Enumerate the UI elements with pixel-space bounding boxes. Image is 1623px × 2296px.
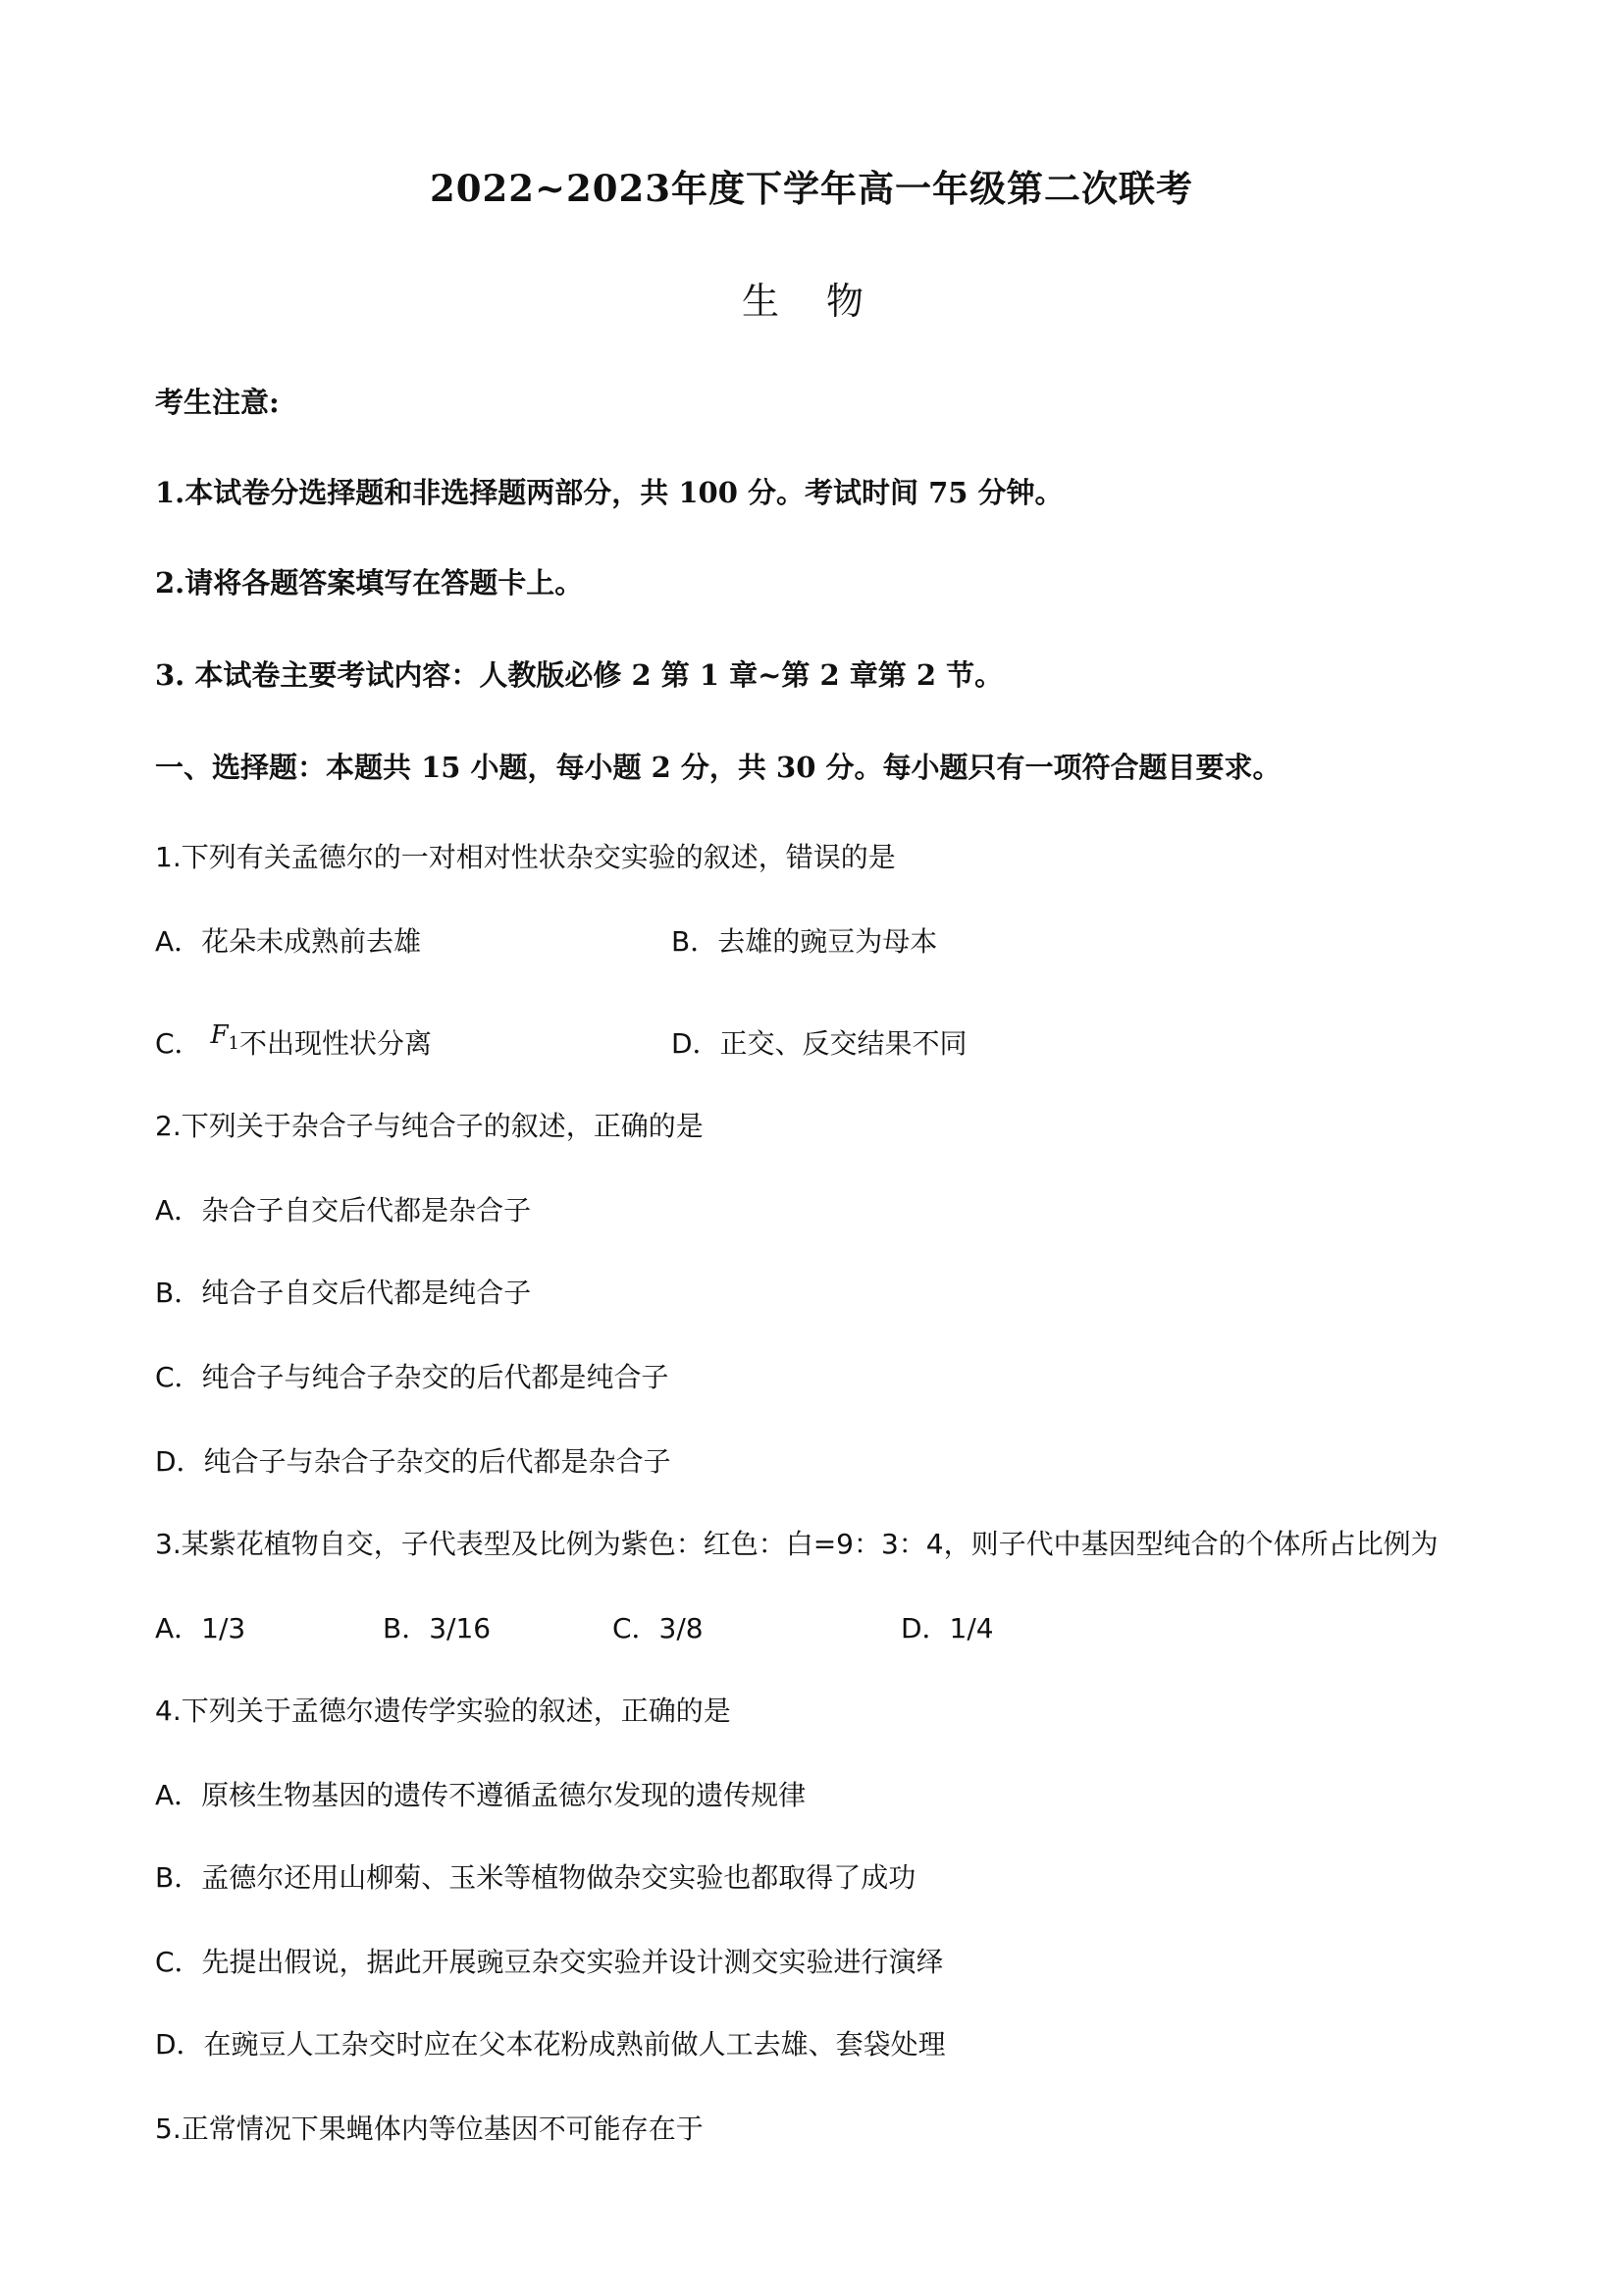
question-1-option-a: A．花朵未成熟前去雄: [155, 924, 421, 960]
option-c-text: 不出现性状分离: [239, 1027, 432, 1060]
question-4-option-d: D．在豌豆人工杂交时应在父本花粉成熟前做人工去雄、套袋处理: [155, 2027, 946, 2062]
exam-subject: 生 物: [0, 271, 1623, 325]
question-4-option-c: C．先提出假说，据此开展豌豆杂交实验并设计测交实验进行演绎: [155, 1945, 944, 1980]
question-2-option-d: D．纯合子与杂合子杂交的后代都是杂合子: [155, 1444, 671, 1480]
question-4-option-a: A．原核生物基因的遗传不遵循孟德尔发现的遗传规律: [155, 1778, 806, 1813]
option-c-prefix: C．: [155, 1027, 202, 1060]
question-3-stem: 3.某紫花植物自交，子代表型及比例为紫色：红色：白=9：3：4，则子代中基因型纯…: [155, 1527, 1439, 1562]
question-1-stem: 1.下列有关孟德尔的一对相对性状杂交实验的叙述，错误的是: [155, 840, 896, 875]
section-heading: 一、选择题：本题共 15 小题，每小题 2 分，共 30 分。每小题只有一项符合…: [155, 750, 1281, 785]
question-3-option-d: D．1/4: [901, 1611, 994, 1646]
question-3-option-b: B．3/16: [383, 1611, 491, 1646]
notice-item-2: 2.请将各题答案填写在答题卡上。: [155, 565, 583, 600]
notice-heading: 考生注意:: [155, 385, 280, 420]
notice-item-3: 3. 本试卷主要考试内容：人教版必修 2 第 1 章~第 2 章第 2 节。: [155, 657, 1003, 693]
question-2-option-a: A．杂合子自交后代都是杂合子: [155, 1193, 531, 1228]
exam-title: 2022~2023年度下学年高一年级第二次联考: [0, 159, 1623, 212]
question-5-stem: 5.正常情况下果蝇体内等位基因不可能存在于: [155, 2112, 704, 2147]
question-1-option-d: D．正交、反交结果不同: [671, 1026, 968, 1062]
question-4-option-b: B．孟德尔还用山柳菊、玉米等植物做杂交实验也都取得了成功: [155, 1860, 916, 1896]
question-3-option-c: C．3/8: [612, 1611, 704, 1646]
question-2-stem: 2.下列关于杂合子与纯合子的叙述，正确的是: [155, 1109, 704, 1144]
question-1-option-c: C． F1不出现性状分离: [155, 1026, 432, 1071]
notice-item-1: 1.本试卷分选择题和非选择题两部分，共 100 分。考试时间 75 分钟。: [155, 475, 1064, 510]
f1-symbol: F1: [210, 1020, 239, 1050]
question-4-stem: 4.下列关于孟德尔遗传学实验的叙述，正确的是: [155, 1694, 731, 1729]
question-2-option-c: C．纯合子与纯合子杂交的后代都是纯合子: [155, 1360, 669, 1395]
question-3-option-a: A．1/3: [155, 1611, 245, 1646]
question-1-option-b: B．去雄的豌豆为母本: [671, 924, 937, 960]
question-2-option-b: B．纯合子自交后代都是纯合子: [155, 1276, 531, 1311]
